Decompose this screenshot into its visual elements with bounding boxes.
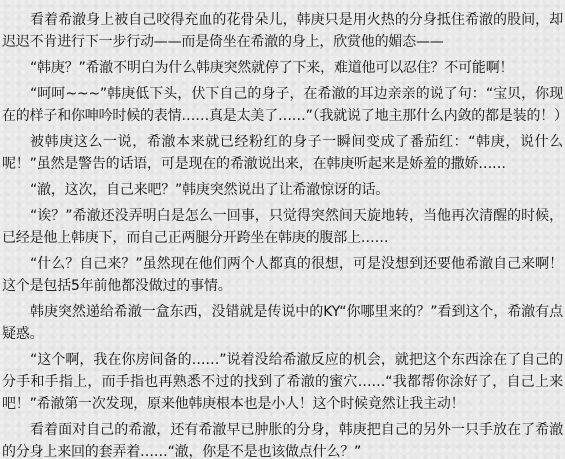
paragraph-8: 韩庚突然递给希澈一盒东西，没错就是传说中的KY“你哪里来的？”看到这个，希澈有点… bbox=[2, 301, 563, 345]
paragraph-4: 被韩庚这么一说，希澈本来就已经粉红的身子一瞬间变成了番茄红：“韩庚，说什么呢！”… bbox=[2, 131, 563, 175]
paragraph-2: “韩庚？”希澈不明白为什么韩庚突然就停了下来，难道他可以忍住？不可能啊！ bbox=[2, 57, 563, 79]
text-page: 看着希澈身上被自己咬得充血的花骨朵儿，韩庚只是用火热的分身抵住希澈的股间，却迟迟… bbox=[0, 0, 565, 459]
paragraph-5: “澈，这次，自己来吧？”韩庚突然说出了让希澈惊讶的话。 bbox=[2, 179, 563, 201]
paragraph-7: “什么？自己来？”虽然现在他们两个人都真的很想，可是没想到还要他希澈自己来啊！这… bbox=[2, 253, 563, 297]
paragraph-1: 看着希澈身上被自己咬得充血的花骨朵儿，韩庚只是用火热的分身抵住希澈的股间，却迟迟… bbox=[2, 9, 563, 53]
paragraph-10: 看着面对自己的希澈，还有希澈早已肿胀的分身，韩庚把自己的另外一只手放在了希澈的分… bbox=[2, 419, 563, 459]
paragraph-3: “呵呵~~~”韩庚低下头，伏下自己的身子，在希澈的耳边亲亲的说了句：“宝贝，你现… bbox=[2, 83, 563, 127]
paragraph-6: “诶？”希澈还没弄明白是怎么一回事，只觉得突然间天旋地转，当他再次清醒的时候，已… bbox=[2, 205, 563, 249]
paragraph-9: “这个啊，我在你房间备的……”说着没给希澈反应的机会，就把这个东西涂在了自己的分… bbox=[2, 349, 563, 415]
